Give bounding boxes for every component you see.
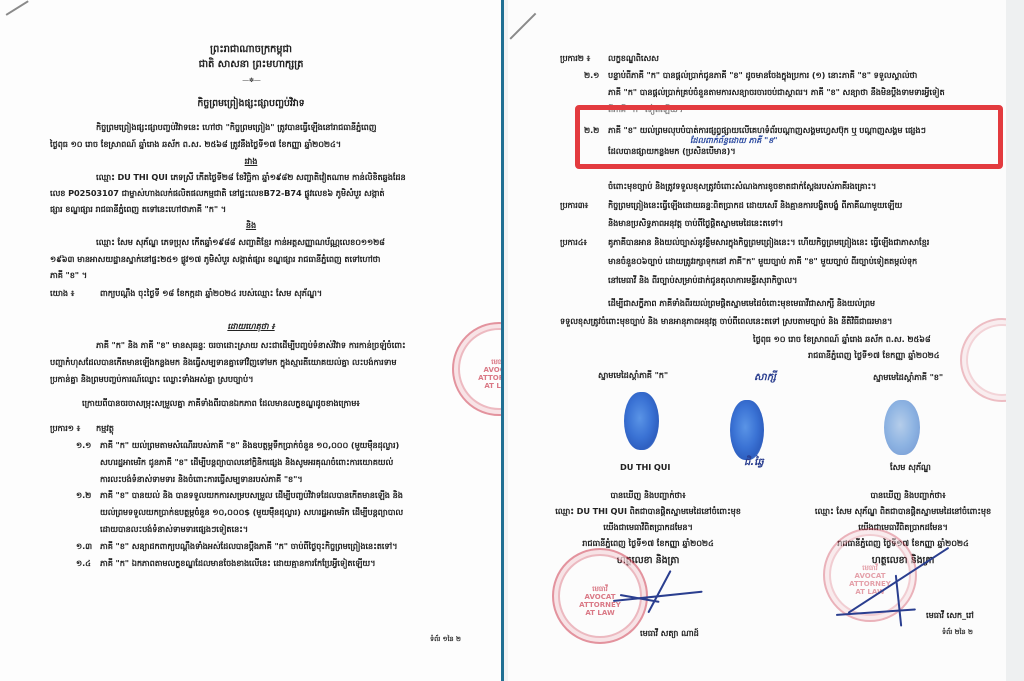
- witness-text: យើងជាមេធាវីពិតប្រាកដមែន។: [793, 522, 1010, 533]
- stamp-text: ATTORNEY: [825, 580, 915, 588]
- closing-text: ដើម្បីជាសក្ខីភាព ភាគីទាំងពីរយល់ព្រមផ្ដិត…: [608, 298, 875, 309]
- witness-heading: បានឃើញ និងបញ្ជាក់ថា៖: [538, 490, 758, 501]
- party-b-name: សែម សុភ័ណ្ឌ: [890, 462, 931, 473]
- clause-text: ការលះបង់ទំនាស់ទាមទារ និងចំពោះការធ្វើសម្ប…: [100, 474, 303, 485]
- witness-handwriting: ជិ.ឆ្វៃ: [744, 455, 764, 470]
- stamp-text: មេធាវី: [554, 585, 646, 593]
- lunar-date: ថ្ងៃពុធ ១០ រោច ខែស្រាពណ៍ ឆ្នាំរោង ឆស័ក ព…: [753, 334, 931, 345]
- pen-mark: [509, 13, 536, 40]
- clause-2-1-text: បន្ទាប់ពីភាគី "ក" បានផ្ដល់ប្រាក់ជូនភាគី …: [608, 70, 917, 81]
- stamp-text: AT LAW: [554, 609, 646, 617]
- stamp-text: AVOCAT: [454, 366, 502, 374]
- reference-label: យោង ៖: [50, 288, 74, 299]
- party-a-thumbprint: [624, 392, 659, 450]
- clause-number: ២.១: [584, 70, 599, 81]
- stamp-text: AT LAW: [454, 382, 502, 390]
- witness-text: ឈ្មោះ DU THI QUI ពិតជាបានផ្ដិតស្នាមមេដៃន…: [528, 506, 768, 517]
- article-4-text: មានចំនួន០៦ច្បាប់ ដោយត្រូវរក្សាទុកនៅ ភាគី…: [608, 256, 917, 267]
- clause-number: ១.៤: [76, 558, 91, 569]
- document-page-1: ព្រះរាជាណាចក្រកម្ពុជា ជាតិ សាសនា ព្រះមហា…: [0, 0, 502, 681]
- clause-text: ភាគី "ក" ឯកភាពតាមលក្ខខណ្ឌដែលមានចែងខាងលើន…: [100, 558, 375, 569]
- stamp-text: AT LAW: [825, 588, 915, 596]
- clause-text: ភាគី "ក" យល់ព្រមតាមសំណើររបស់ភាគី "ខ" និង…: [100, 440, 399, 451]
- between-label: រវាង: [0, 156, 502, 167]
- lawyer-name: មេធាវី សេក_រៅ: [926, 610, 974, 621]
- page-number: ទំព័រ ១នៃ ២: [430, 635, 461, 645]
- party-a-text: ឈ្មោះ DU THI QUI ភេទស្រី កើតថ្ងៃទី២៨ ខែវ…: [96, 172, 406, 183]
- document-title: កិច្ចព្រមព្រៀងផ្សះផ្សាបញ្ចប់វិវាទ: [0, 98, 502, 109]
- party-a-text: លេខ P02503107 ជាម្ចាស់ហាងលក់ផលិតផលកម្មជា…: [50, 188, 385, 199]
- kingdom-header: ព្រះរាជាណាចក្រកម្ពុជា: [0, 44, 502, 55]
- and-label: និង: [0, 220, 502, 231]
- reason-text: ប្រកាន់គ្នា និងព្រមបញ្ចប់ការណ៍ឈ្លោះ ឈ្លោ…: [50, 374, 253, 385]
- article-3-label: ប្រការ៣៖: [560, 200, 588, 211]
- clause-number: ១.១: [76, 440, 91, 451]
- signing-date: រាជធានីភ្នំពេញ ថ្ងៃទី១៧ ខែកញ្ញា ឆ្នាំ២០២…: [808, 350, 939, 361]
- clause-number: ១.៣: [76, 541, 92, 552]
- stamp-text: មេធាវី: [454, 358, 502, 366]
- party-b-text: ភាគី "ខ" ។: [50, 270, 87, 281]
- article-2-label: ប្រការ២ ៖: [560, 53, 590, 64]
- article-1-label: ប្រការ១ ៖: [50, 423, 80, 434]
- party-b-text: ១៩៦៣ មានអាសយដ្ឋានស្នាក់នៅផ្ទះ២៥១ ផ្លូវ១៧…: [50, 254, 380, 265]
- reason-text: ភាគី "ក" និង ភាគី "ខ" មានសុឆន្ទៈ ចរចាដោះ…: [96, 340, 406, 351]
- party-a-thumb-label: ស្នាមមេដៃស្ដាំភាគី "ក": [598, 370, 668, 381]
- witness-thumbprint: [730, 400, 764, 460]
- witness-text: រាជធានីភ្នំពេញ ថ្ងៃទី១៧ ខែកញ្ញា ឆ្នាំ២០២…: [538, 538, 758, 549]
- page-number: ទំព័រ ២នៃ ២: [942, 628, 973, 638]
- article-3-text: កិច្ចព្រមព្រៀងនេះធ្វើឡើងដោយឆន្ទៈពិតប្រាក…: [608, 200, 902, 211]
- article-3-text: និងមានប្រសិទ្ធភាពអនុវត្ត ចាប់ពីថ្ងៃផ្ដិត…: [608, 218, 783, 229]
- document-page-2: ប្រការ២ ៖ លក្ខខណ្ឌពិសេស ២.១ បន្ទាប់ពីភាគ…: [508, 0, 1010, 681]
- stamp-text: មេធាវី: [825, 564, 915, 572]
- article-4-text: នៅមេធាវី និង ពីរច្បាប់សម្រាប់ដាក់ជូនតុលា…: [608, 275, 797, 286]
- party-a-name: DU THI QUI: [620, 462, 670, 473]
- witness-heading: បានឃើញ និងបញ្ជាក់ថា៖: [798, 490, 1010, 501]
- article-2-title: លក្ខខណ្ឌពិសេស: [608, 53, 659, 64]
- reference-text: ពាក្យបណ្ដឹង ចុះថ្ងៃទី ១៨ ខែកក្កដា ឆ្នាំ២…: [100, 288, 322, 299]
- closing-text: ទទួលខុសត្រូវចំពោះមុខច្បាប់ និង មានអានុភា…: [560, 316, 892, 327]
- stamp-text: ATTORNEY: [454, 374, 502, 382]
- lawyer-stamp: មេធាវី AVOCAT ATTORNEY AT LAW: [452, 322, 502, 416]
- article-4-label: ប្រការ៤៖: [560, 237, 587, 248]
- party-b-text: ឈ្មោះ សែម សុភ័ណ្ឌ ភេទប្រុស កើតឆ្នាំ១៩៨៨ …: [96, 237, 385, 248]
- witness-text: យើងជាមេធាវីពិតប្រាកដមែន។: [538, 522, 758, 533]
- clause-text: សហរដ្ឋអាមេរិក ជូនភាគី "ខ" ដើម្បីបន្តព្យា…: [100, 457, 393, 468]
- clause-number: ១.២: [76, 490, 91, 501]
- witness-text: ឈ្មោះ សែម សុភ័ណ្ឌ ពិតជាបានផ្ដិតស្នាមមេដៃ…: [783, 506, 1010, 517]
- lawyer-signature: [647, 570, 671, 613]
- reason-heading: ដោយហេតុថា ៖: [0, 321, 502, 332]
- intro-text: ថ្ងៃពុធ ១០ រោច ខែស្រាពណ៍ ឆ្នាំរោង ឆស័ក ព…: [50, 139, 341, 150]
- clause-text: ភាគី "ខ" បានយល់ និង បានទទួលយកការសម្របសម្…: [100, 490, 403, 501]
- clause-2-1-text: ភាគី "ក" បានផ្ដល់ប្រាក់គ្រប់ចំនួនតាមការស…: [608, 87, 945, 98]
- party-a-text: ផ្សារ ខណ្ឌផ្សារ រាជធានីភ្នំពេញ តទៅនេះហៅថ…: [50, 204, 226, 215]
- clause-text: ភាគី "ខ" សន្យាដកពាក្យបណ្ដឹងទាំងអស់ដែលបាន…: [100, 541, 397, 552]
- ornament: ----- ✽ -----: [0, 77, 502, 84]
- clause-2-3-text: ចំពោះមុខច្បាប់ និងត្រូវទទួលខុសត្រូវចំពោះ…: [608, 181, 876, 192]
- clause-text: ដោយបានលះបង់ទំនាស់ទាមទារផ្សេងៗទៀតនេះ។: [100, 524, 248, 535]
- intro-text: កិច្ចព្រមព្រៀងផ្សះផ្សាបញ្ចប់វិវាទនេះ ហៅថ…: [96, 122, 376, 133]
- lawyer-stamp: [960, 318, 1010, 402]
- witness-handwriting: សាក្សី: [754, 370, 776, 385]
- motto-header: ជាតិ សាសនា ព្រះមហាក្សត្រ: [0, 59, 502, 70]
- pen-mark: [6, 0, 29, 15]
- article-4-text: គូភាគីបានអាន និងយល់ច្បាស់នូវខ្លឹមសារក្នុ…: [608, 237, 929, 248]
- party-b-thumb-label: ស្នាមមេដៃស្ដាំភាគី "ខ": [873, 372, 943, 383]
- lawyer-name: មេធាវី សត្យា ណាដ៍: [640, 628, 699, 639]
- reason-text: បញ្ហាកំហុសដែលបានកើតមានឡើងកន្លងមក និងធ្វើ…: [50, 357, 396, 368]
- scan-margin: [1006, 0, 1024, 681]
- stamp-text: ATTORNEY: [554, 601, 646, 609]
- agreement-statement: ក្រោយពីបានចរចាសម្រុះសម្រួលគ្នា ភាគីទាំងព…: [82, 398, 360, 409]
- article-1-title: កម្មវត្ថុ: [96, 423, 114, 434]
- party-b-thumbprint: [884, 400, 920, 455]
- red-highlight-box: [575, 105, 1003, 169]
- clause-text: យល់ព្រមទទួលយកប្រាក់ឧបត្ថម្ភចំនួន ១០,០០០$…: [100, 507, 403, 518]
